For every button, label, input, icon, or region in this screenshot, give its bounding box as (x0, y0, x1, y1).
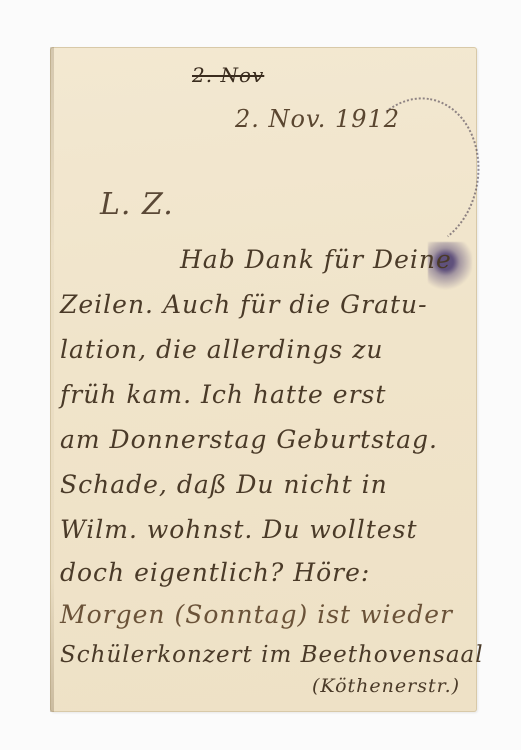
letter-line-3: lation, die allerdings zu (60, 335, 384, 364)
letter-line-7: Wilm. wohnst. Du wolltest (60, 515, 418, 544)
struck-header: 2. Nov (192, 63, 264, 87)
greeting: L. Z. (100, 187, 174, 222)
letter-line-8: doch eigentlich? Höre: (60, 558, 370, 587)
letter-line-2: Zeilen. Auch für die Gratu- (60, 290, 428, 319)
letter-line-9: Morgen (Sonntag) ist wieder (60, 600, 453, 629)
postcard: 2. Nov 2. Nov. 1912 L. Z. Hab Dank für D… (50, 47, 477, 712)
letter-date: 2. Nov. 1912 (235, 105, 400, 133)
letter-line-11: (Köthenerstr.) (312, 675, 460, 697)
letter-line-5: am Donnerstag Geburtstag. (60, 425, 438, 454)
letter-line-10: Schülerkonzert im Beethovensaal (60, 642, 484, 668)
letter-line-6: Schade, daß Du nicht in (60, 470, 388, 499)
letter-line-1: Hab Dank für Deine (180, 245, 452, 274)
letter-line-4: früh kam. Ich hatte erst (60, 380, 386, 409)
